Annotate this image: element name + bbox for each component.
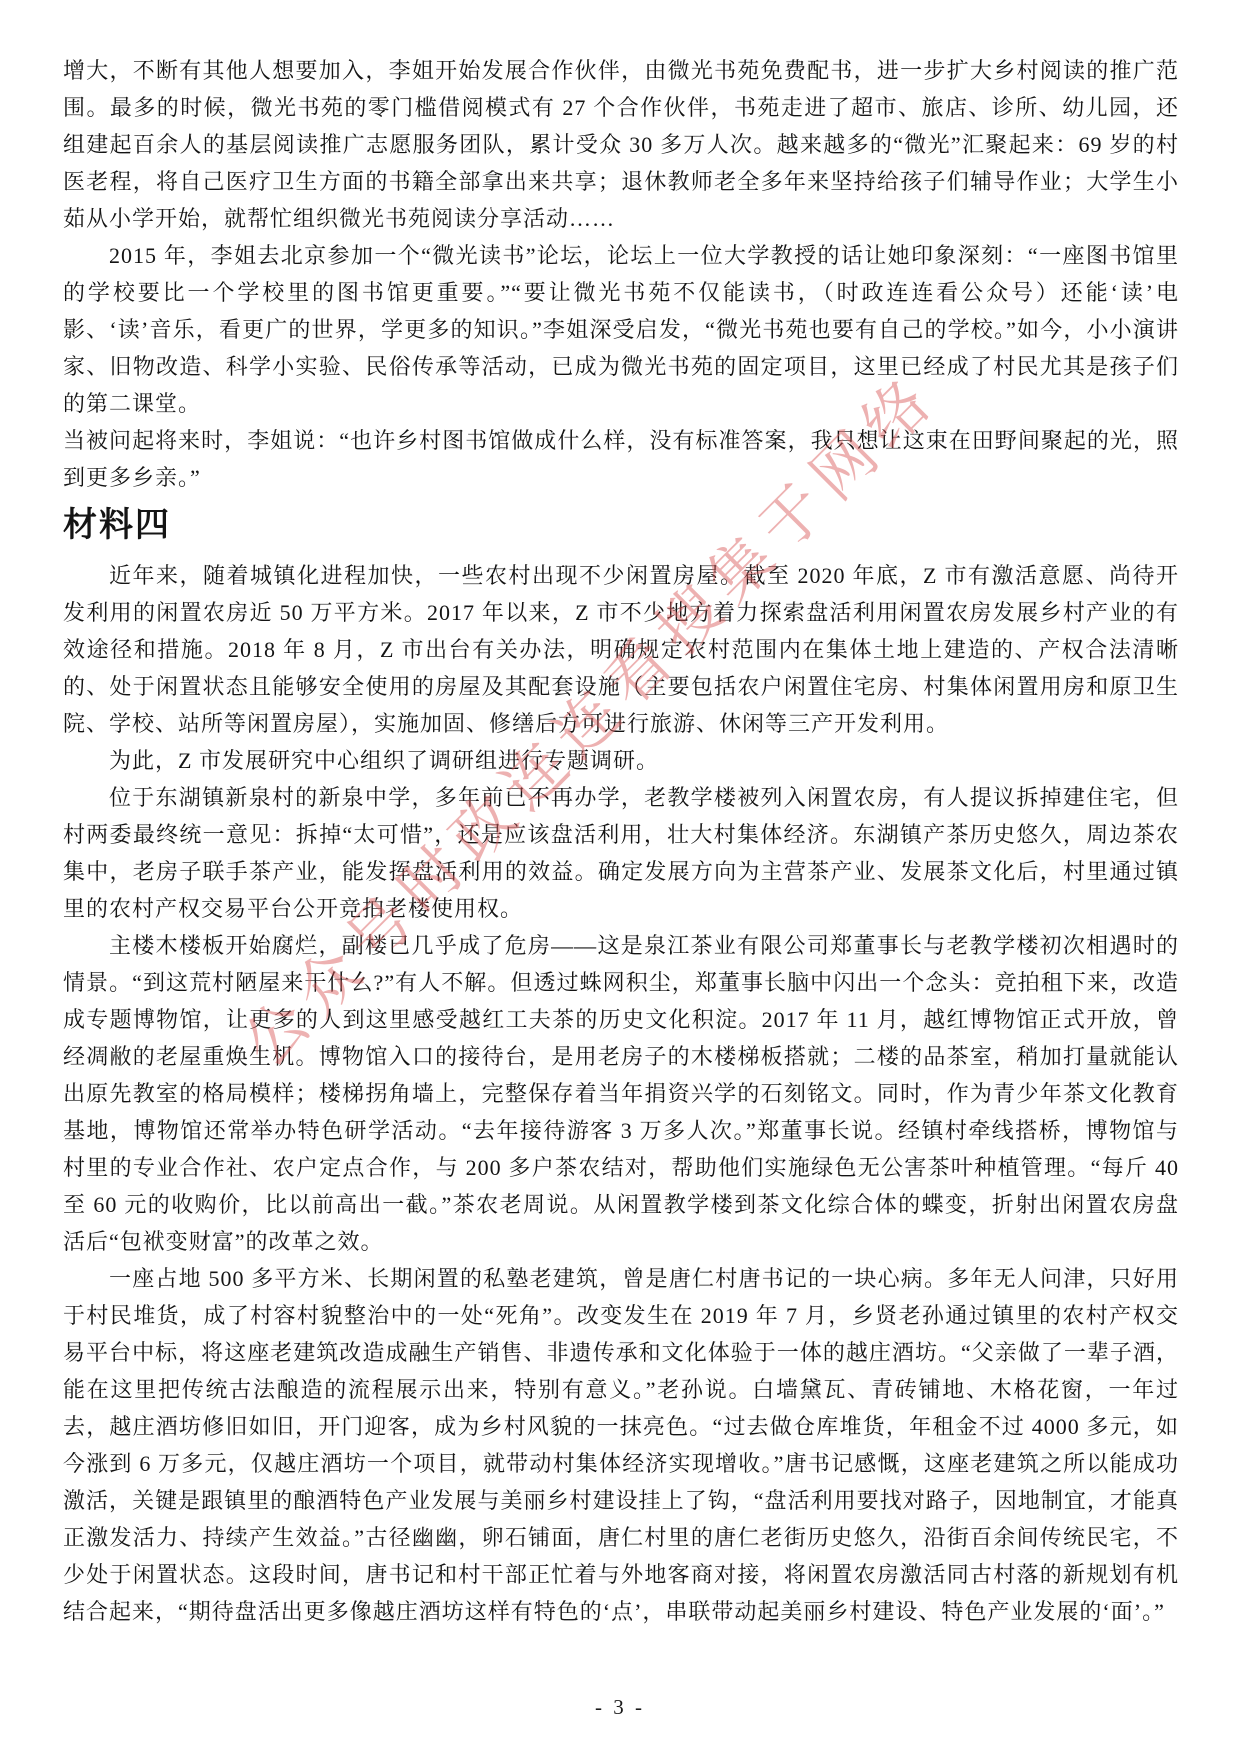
paragraph-2015-forum: 2015 年，李姐去北京参加一个“微光读书”论坛，论坛上一位大学教授的话让她印象… <box>63 237 1179 422</box>
paragraph-tea-museum: 主楼木楼板开始腐烂，副楼已几乎成了危房——这是泉江茶业有限公司郑董事长与老教学楼… <box>63 927 1179 1260</box>
paragraph-xinquan-school: 位于东湖镇新泉村的新泉中学，多年前已不再办学，老教学楼被列入闲置农房，有人提议拆… <box>63 779 1179 927</box>
section-heading-material-4: 材料四 <box>63 501 1179 551</box>
document-page: 公众号时政连连看搜集于网络 增大，不断有其他人想要加入，李姐开始发展合作伙伴，由… <box>0 0 1240 1754</box>
page-number: - 3 - <box>0 1695 1240 1720</box>
paragraph-research-group: 为此，Z 市发展研究中心组织了调研组进行专题调研。 <box>63 742 1179 779</box>
paragraph-idle-houses-policy: 近年来，随着城镇化进程加快，一些农村出现不少闲置房屋。截至 2020 年底，Z … <box>63 557 1179 742</box>
paragraph-yuezhuang-winery: 一座占地 500 多平方米、长期闲置的私塾老建筑，曾是唐仁村唐书记的一块心病。多… <box>63 1260 1179 1630</box>
document-content: 增大，不断有其他人想要加入，李姐开始发展合作伙伴，由微光书苑免费配书，进一步扩大… <box>63 52 1179 1630</box>
paragraph-li-jie-quote: 当被问起将来时，李姐说：“也许乡村图书馆做成什么样，没有标准答案，我只想让这束在… <box>63 422 1179 496</box>
paragraph-li-jie-partners: 增大，不断有其他人想要加入，李姐开始发展合作伙伴，由微光书苑免费配书，进一步扩大… <box>63 52 1179 237</box>
